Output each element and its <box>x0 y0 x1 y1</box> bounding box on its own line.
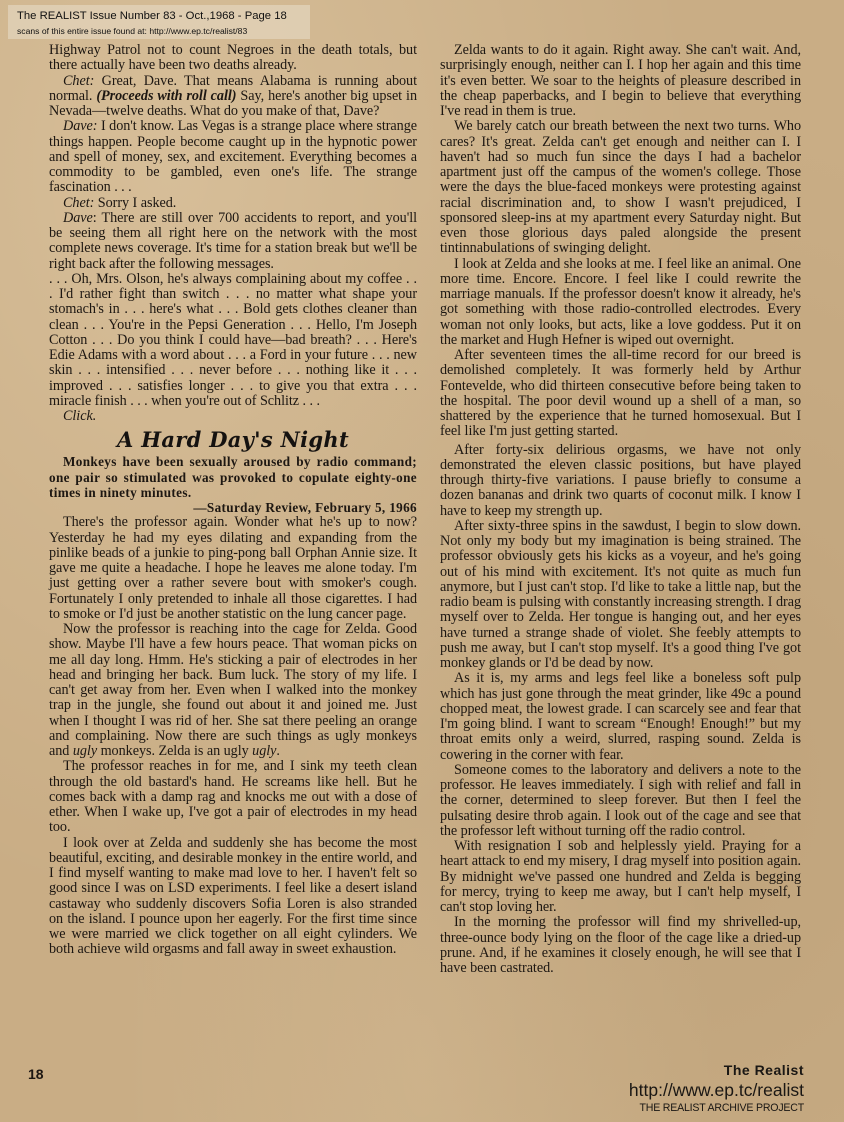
paragraph: With resignation I sob and helplessly yi… <box>440 839 801 915</box>
archive-project-label: THE REALIST ARCHIVE PROJECT <box>629 1102 804 1114</box>
emphasis: ugly <box>73 743 97 759</box>
article-headline: A Hard Day's Night <box>49 428 417 452</box>
epigraph: Monkeys have been sexually aroused by ra… <box>49 454 417 515</box>
speaker-label: Dave: <box>63 118 97 134</box>
paragraph: After sixty-three spins in the sawdust, … <box>440 519 801 672</box>
paragraph: There's the professor again. Wonder what… <box>49 515 417 622</box>
click-line: Click. <box>49 409 417 424</box>
speaker-label: Chet: <box>63 73 94 89</box>
page-number: 18 <box>28 1066 44 1082</box>
paragraph: We barely catch our breath between the n… <box>440 119 801 256</box>
paragraph: The professor reaches in for me, and I s… <box>49 759 417 835</box>
commercials-paragraph: . . . Oh, Mrs. Olson, he's always compla… <box>49 272 417 409</box>
scan-banner-subtitle: scans of this entire issue found at: htt… <box>17 26 247 36</box>
stage-direction: (Proceeds with roll call) <box>96 88 236 104</box>
epigraph-text: Monkeys have been sexually aroused by ra… <box>49 454 417 500</box>
dialogue-paragraph: Dave: I don't know. Las Vegas is a stran… <box>49 119 417 195</box>
footer-credits: The Realist http://www.ep.tc/realist THE… <box>629 1062 804 1114</box>
dialogue-paragraph: Dave: There are still over 700 accidents… <box>49 211 417 272</box>
scan-banner-title: The REALIST Issue Number 83 - Oct.,1968 … <box>17 10 287 22</box>
right-column: Zelda wants to do it again. Right away. … <box>440 43 801 976</box>
paragraph: After seventeen times the all-time recor… <box>440 348 801 440</box>
paragraph: I look over at Zelda and suddenly she ha… <box>49 836 417 958</box>
paragraph: As it is, my arms and legs feel like a b… <box>440 671 801 763</box>
scan-banner: The REALIST Issue Number 83 - Oct.,1968 … <box>8 5 310 39</box>
left-column: Highway Patrol not to count Negroes in t… <box>49 43 417 958</box>
epigraph-source: —Saturday Review, February 5, 1966 <box>49 500 417 515</box>
magazine-brand: The Realist <box>629 1062 804 1078</box>
paragraph: Someone comes to the laboratory and deli… <box>440 763 801 839</box>
paragraph: Now the professor is reaching into the c… <box>49 622 417 759</box>
paragraph: In the morning the professor will find m… <box>440 915 801 976</box>
dialogue-paragraph: Chet: Sorry I asked. <box>49 196 417 211</box>
paragraph: After forty-six delirious orgasms, we ha… <box>440 443 801 519</box>
paragraph: I look at Zelda and she looks at me. I f… <box>440 257 801 349</box>
archive-url[interactable]: http://www.ep.tc/realist <box>629 1080 804 1101</box>
dialogue-paragraph: Chet: Great, Dave. That means Alabama is… <box>49 74 417 120</box>
paragraph: Highway Patrol not to count Negroes in t… <box>49 43 417 74</box>
emphasis: ugly <box>252 743 276 759</box>
paragraph: Zelda wants to do it again. Right away. … <box>440 43 801 119</box>
speaker-label: Dave <box>63 210 93 226</box>
speaker-label: Chet: <box>63 195 94 211</box>
